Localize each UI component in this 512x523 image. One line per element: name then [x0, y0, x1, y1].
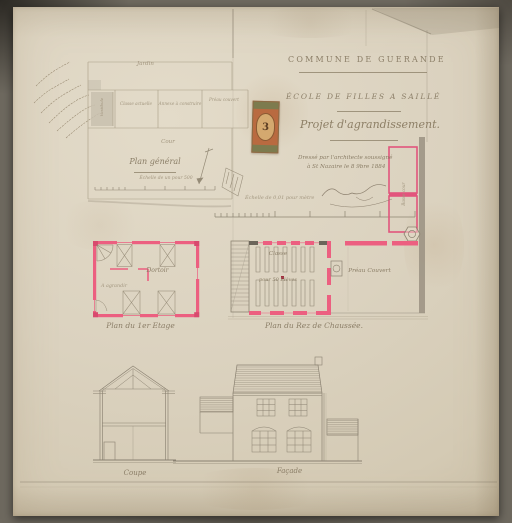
title-school: École de Filles a Saillé [286, 93, 441, 101]
scanned-architectural-drawing: Commune de Guerande École de Filles a Sa… [0, 0, 512, 523]
stamp-band [252, 145, 277, 153]
roof-shading [233, 367, 321, 391]
handwritten-annotation [34, 62, 100, 138]
architect-note-line2: à St Nazaire le 8 9bre 1884 [307, 165, 417, 171]
room-label-annexe: Annexe à construire [156, 102, 204, 106]
room-label-classe-eleves: pour 50 Élèves [250, 278, 306, 283]
room-label-jardin: Jardin [118, 62, 173, 68]
site-hatched-wedge [222, 168, 243, 196]
room-label-vestibule: Vestibule [100, 87, 104, 127]
ground-floor-caption: Plan du Rez de Chaussée. [255, 322, 373, 330]
left-annex-roof [200, 397, 233, 412]
title-commune: Commune de Guerande [288, 56, 438, 64]
revenue-stamp: 3 [251, 101, 279, 154]
room-label-classe: Classe [258, 252, 298, 258]
title-rule [337, 111, 401, 112]
main-scalebar [215, 211, 415, 217]
stamp-value: 3 [262, 121, 269, 132]
drawing-linework [0, 0, 512, 523]
spiral-stair [97, 245, 113, 261]
room-label-preau-couvert-rdc: Préau Couvert [342, 269, 397, 275]
main-scale-label: Échelle de 0,01 pour mètre [245, 196, 325, 201]
stamp-band [253, 102, 278, 110]
room-label-a-agrandir: A agrandir [96, 285, 132, 290]
plan-general-lines [88, 62, 248, 206]
stove-icon [331, 261, 342, 276]
plan-general-scalebar [95, 186, 215, 190]
door-swing [96, 300, 107, 311]
facade-drawing [173, 357, 362, 464]
section-caption: Coupe [110, 470, 160, 477]
facade-caption: Façade [262, 468, 317, 475]
upper-windows [257, 399, 307, 416]
well-icon [404, 227, 420, 241]
title-project: Projet d'agrandissement. [300, 119, 430, 130]
signature [322, 185, 392, 208]
architect-note-line1: Dressé par l'architecte soussigné [298, 156, 418, 162]
title-rule [330, 140, 398, 141]
lower-windows [252, 427, 311, 452]
paper-creases [20, 8, 499, 487]
first-floor-caption: Plan du 1er Etage [103, 322, 178, 330]
room-label-cour: Cour [150, 140, 186, 146]
title-rule [299, 72, 427, 73]
plan-general-scale-label: Échelle de un pour 500 [128, 177, 204, 182]
room-label-dortoir: Dortoir [135, 268, 180, 274]
stamp-oval: 3 [256, 113, 276, 141]
first-floor-plan [93, 241, 199, 317]
room-label-preau-couvert: Préau couvert [200, 98, 248, 102]
window-cross-boxes [117, 245, 175, 315]
plan-general-caption: Plan général [122, 158, 188, 166]
chimney [315, 357, 322, 365]
section-drawing [93, 366, 176, 463]
room-label-basse-cour: Basse cour [402, 172, 406, 216]
caption-rule [134, 172, 176, 173]
right-wing-plan [389, 137, 425, 313]
room-label-classe-actuelle: Classe actuelle [112, 102, 160, 106]
